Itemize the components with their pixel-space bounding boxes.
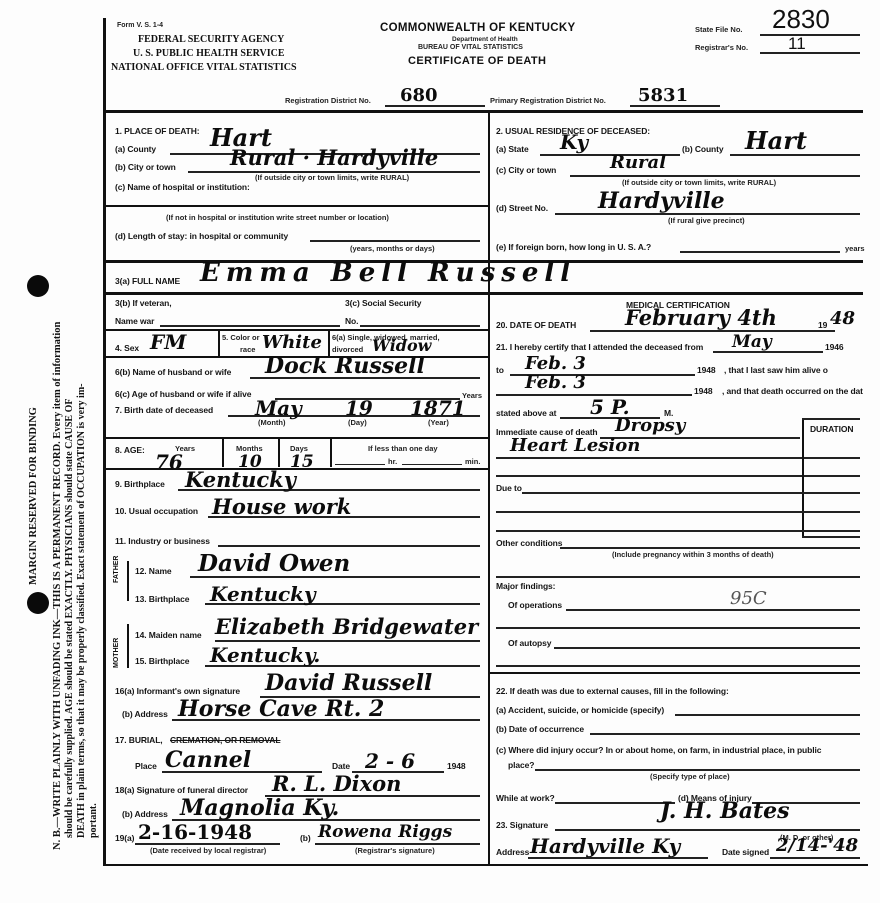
hospital-label: (c) Name of hospital or institution: bbox=[115, 182, 250, 192]
funeral-director-address-value[interactable]: Magnolia Ky. bbox=[180, 795, 339, 821]
service-name: U. S. PUBLIC HEALTH SERVICE bbox=[133, 48, 285, 59]
burial-date-value[interactable]: 2 - 6 bbox=[365, 749, 415, 773]
injury-place-note: (Specify type of place) bbox=[650, 772, 730, 781]
binding-hole-bottom bbox=[27, 592, 49, 614]
margin-binding-note: MARGIN RESERVED FOR BINDING bbox=[28, 407, 39, 585]
registrar-signature-label: (b) bbox=[300, 833, 311, 843]
burial-struck-label: CREMATION, OR REMOVAL bbox=[170, 735, 280, 745]
due-to-label: Due to bbox=[496, 483, 522, 493]
burial-date-label: Date bbox=[332, 761, 350, 771]
length-of-stay-label: (d) Length of stay: in hospital or commu… bbox=[115, 231, 288, 241]
received-label: 19(a) bbox=[115, 833, 134, 843]
death-county-label: (a) County bbox=[115, 144, 156, 154]
registration-district-number: 680 bbox=[400, 85, 438, 106]
death-city-value[interactable]: Rural · Hardyville bbox=[230, 145, 438, 170]
attended-from-value[interactable]: May bbox=[732, 332, 772, 352]
center-divider bbox=[488, 112, 490, 866]
office-name: NATIONAL OFFICE VITAL STATISTICS bbox=[111, 62, 297, 73]
residence-city-note: (If outside city or town limits, write R… bbox=[622, 178, 776, 187]
attended-to-year[interactable]: 1948 bbox=[697, 365, 716, 375]
birth-date-label: 7. Birth date of deceased bbox=[115, 405, 213, 415]
burial-place-value[interactable]: Cannel bbox=[165, 747, 251, 773]
occupation-value[interactable]: House work bbox=[212, 494, 351, 519]
mother-birthplace-value[interactable]: Kentucky. bbox=[210, 643, 320, 667]
primary-district-number: 5831 bbox=[638, 85, 688, 106]
birth-day-value[interactable]: 19 bbox=[345, 396, 373, 420]
date-of-death-label: 20. DATE OF DEATH bbox=[496, 320, 576, 330]
father-birthplace-value[interactable]: Kentucky bbox=[210, 582, 316, 606]
date-of-death-year[interactable]: 48 bbox=[830, 308, 855, 329]
mother-side-label: MOTHER bbox=[113, 638, 120, 668]
duration-column-border bbox=[802, 418, 804, 536]
mother-name-label: 14. Maiden name bbox=[135, 630, 202, 640]
age-label: 8. AGE: bbox=[115, 445, 145, 455]
foreign-born-label: (e) If foreign born, how long in U. S. A… bbox=[496, 242, 651, 252]
attended-to-label: to bbox=[496, 365, 504, 375]
industry-label: 11. Industry or business bbox=[115, 536, 210, 546]
other-conditions-note: (Include pregnancy within 3 months of de… bbox=[612, 550, 774, 559]
funeral-director-label: 18(a) Signature of funeral director bbox=[115, 785, 248, 795]
immediate-cause-value-2[interactable]: Heart Lesion bbox=[510, 435, 640, 456]
margin-instructions-3: DEATH in plain terms, so that it may be … bbox=[76, 384, 87, 839]
sex-label: 4. Sex bbox=[115, 343, 139, 353]
date-of-death-year-prefix: 19 bbox=[818, 320, 827, 330]
bureau-name: BUREAU OF VITAL STATISTICS bbox=[418, 44, 523, 51]
mother-birthplace-label: 15. Birthplace bbox=[135, 656, 189, 666]
attended-from-year[interactable]: 1946 bbox=[825, 342, 844, 352]
place-of-death-heading: 1. PLACE OF DEATH: bbox=[115, 126, 199, 136]
birthplace-value[interactable]: Kentucky bbox=[185, 467, 296, 492]
date-signed-label: Date signed bbox=[722, 847, 769, 857]
informant-address-label: (b) Address bbox=[122, 709, 168, 719]
ssn-label: 3(c) Social Security bbox=[345, 298, 421, 308]
injury-place-label: (c) Where did injury occur? In or about … bbox=[496, 745, 821, 755]
residence-street-label: (d) Street No. bbox=[496, 203, 548, 213]
last-seen-label: , that I last saw him alive o bbox=[724, 365, 828, 375]
operations-label: Of operations bbox=[508, 600, 562, 610]
veteran-label: 3(b) If veteran, bbox=[115, 298, 172, 308]
hours-label: hr. bbox=[388, 457, 397, 466]
birth-month-value[interactable]: May bbox=[255, 396, 302, 420]
major-findings-label: Major findings: bbox=[496, 581, 555, 591]
birth-month-caption: (Month) bbox=[258, 418, 285, 427]
burial-year-value[interactable]: 1948 bbox=[447, 761, 466, 771]
received-caption: (Date received by local registrar) bbox=[150, 846, 266, 855]
father-side-label: FATHER bbox=[113, 556, 120, 583]
father-birthplace-label: 13. Birthplace bbox=[135, 594, 189, 604]
father-name-value[interactable]: David Owen bbox=[198, 550, 350, 577]
residence-city-value[interactable]: Rural bbox=[610, 152, 666, 173]
spouse-name-label: 6(b) Name of husband or wife bbox=[115, 367, 231, 377]
department-name: Department of Health bbox=[452, 36, 518, 43]
primary-district-label: Primary Registration District No. bbox=[490, 96, 606, 105]
birthplace-label: 9. Birthplace bbox=[115, 479, 165, 489]
registrar-number: 11 bbox=[788, 34, 806, 54]
funeral-director-address-label: (b) Address bbox=[122, 809, 168, 819]
state-file-number: 2830 bbox=[772, 4, 830, 35]
race-label-2: race bbox=[240, 345, 255, 354]
registrar-signature-value[interactable]: Rowena Riggs bbox=[318, 822, 452, 842]
birth-year-value[interactable]: 1871 bbox=[410, 396, 466, 420]
header-divider bbox=[103, 110, 863, 113]
duration-label: DURATION bbox=[810, 424, 853, 434]
date-of-death-value[interactable]: February 4th bbox=[625, 305, 777, 330]
autopsy-label: Of autopsy bbox=[508, 638, 551, 648]
section-divider-external bbox=[490, 672, 860, 674]
margin-instructions-1: N. B.—WRITE PLAINLY WITH UNFADING INK—TH… bbox=[52, 322, 63, 850]
stated-above-label: stated above at bbox=[496, 408, 556, 418]
other-conditions-label: Other conditions bbox=[496, 538, 562, 548]
death-city-note: (If outside city or town limits, write R… bbox=[255, 173, 409, 182]
occupation-label: 10. Usual occupation bbox=[115, 506, 198, 516]
race-value[interactable]: White bbox=[262, 332, 322, 353]
foreign-born-suffix: years bbox=[845, 244, 865, 253]
commonwealth-title: COMMONWEALTH OF KENTUCKY bbox=[380, 22, 575, 34]
spouse-name-value[interactable]: Dock Russell bbox=[265, 353, 425, 379]
certifier-address-value[interactable]: Hardyville Ky bbox=[530, 834, 680, 858]
operations-value[interactable]: 95C bbox=[730, 588, 767, 609]
informant-address-value[interactable]: Horse Cave Rt. 2 bbox=[178, 696, 384, 722]
birth-year-caption: (Year) bbox=[428, 418, 449, 427]
full-name-value[interactable]: Emma Bell Russell bbox=[200, 258, 576, 288]
attended-label: 21. I hereby certify that I attended the… bbox=[496, 342, 703, 352]
injury-place-label-2: place? bbox=[508, 760, 534, 770]
residence-street-note: (If rural give precinct) bbox=[668, 216, 745, 225]
spouse-age-label: 6(c) Age of husband or wife if alive bbox=[115, 389, 251, 399]
residence-state-value[interactable]: Ky bbox=[560, 130, 588, 154]
registration-district-label: Registration District No. bbox=[285, 96, 371, 105]
agency-name: FEDERAL SECURITY AGENCY bbox=[138, 34, 284, 45]
mother-name-value[interactable]: Elizabeth Bridgewater bbox=[215, 614, 478, 639]
burial-place-label: Place bbox=[135, 761, 157, 771]
funeral-director-signature[interactable]: R. L. Dixon bbox=[272, 771, 401, 796]
margin-instructions-4: portant. bbox=[88, 803, 99, 838]
external-causes-label: 22. If death was due to external causes,… bbox=[496, 686, 729, 696]
while-at-work-label: While at work? bbox=[496, 793, 555, 803]
registrar-number-label: Registrar's No. bbox=[695, 43, 748, 52]
age-years-value[interactable]: 76 bbox=[155, 450, 183, 474]
form-bottom-border bbox=[103, 864, 868, 866]
informant-signature[interactable]: David Russell bbox=[265, 670, 432, 696]
last-seen-year[interactable]: 1948 bbox=[694, 386, 713, 396]
length-of-stay-note: (years, months or days) bbox=[350, 244, 435, 253]
accident-label: (a) Accident, suicide, or homicide (spec… bbox=[496, 705, 664, 715]
certifier-address-label: Address bbox=[496, 847, 529, 857]
full-name-label: 3(a) FULL NAME bbox=[115, 276, 180, 286]
binding-hole-top bbox=[27, 275, 49, 297]
registrar-caption: (Registrar's signature) bbox=[355, 846, 435, 855]
immediate-cause-value-1[interactable]: Dropsy bbox=[615, 415, 685, 436]
race-label-1: 5. Color or bbox=[222, 333, 260, 342]
less-than-day-label: If less than one day bbox=[368, 444, 438, 453]
death-city-label: (b) City or town bbox=[115, 162, 176, 172]
war-name-label: Name war bbox=[115, 316, 154, 326]
margin-instructions-2: should be carefully supplied. AGE should… bbox=[64, 399, 75, 838]
minutes-label: min. bbox=[465, 457, 480, 466]
birth-day-caption: (Day) bbox=[348, 418, 367, 427]
burial-label: 17. BURIAL, bbox=[115, 735, 163, 745]
certifier-signature-value[interactable]: J. H. Bates bbox=[660, 798, 790, 824]
death-occurred-label: , and that death occurred on the dat bbox=[722, 386, 863, 396]
form-number: Form V. S. 1-4 bbox=[117, 22, 163, 29]
sex-value[interactable]: FM bbox=[150, 330, 186, 354]
last-seen-value[interactable]: Feb. 3 bbox=[525, 372, 586, 393]
hospital-note: (If not in hospital or institution write… bbox=[166, 213, 389, 222]
ssn-no-label: No. bbox=[345, 316, 358, 326]
father-name-label: 12. Name bbox=[135, 566, 172, 576]
residence-county-label: (b) County bbox=[682, 144, 724, 154]
residence-city-label: (c) City or town bbox=[496, 165, 556, 175]
received-date-value[interactable]: 2-16-1948 bbox=[138, 820, 252, 844]
form-left-border bbox=[103, 18, 106, 866]
attended-to-value[interactable]: Feb. 3 bbox=[525, 353, 586, 374]
informant-label: 16(a) Informant's own signature bbox=[115, 686, 240, 696]
certificate-title: CERTIFICATE OF DEATH bbox=[408, 55, 546, 67]
residence-county-value[interactable]: Hart bbox=[745, 126, 807, 155]
residence-street-value[interactable]: Hardyville bbox=[598, 188, 725, 214]
certifier-signature-label: 23. Signature bbox=[496, 820, 548, 830]
state-file-label: State File No. bbox=[695, 25, 743, 34]
residence-state-label: (a) State bbox=[496, 144, 529, 154]
date-signed-value[interactable]: 2/14-'48 bbox=[776, 835, 858, 856]
occurrence-date-label: (b) Date of occurrence bbox=[496, 724, 584, 734]
